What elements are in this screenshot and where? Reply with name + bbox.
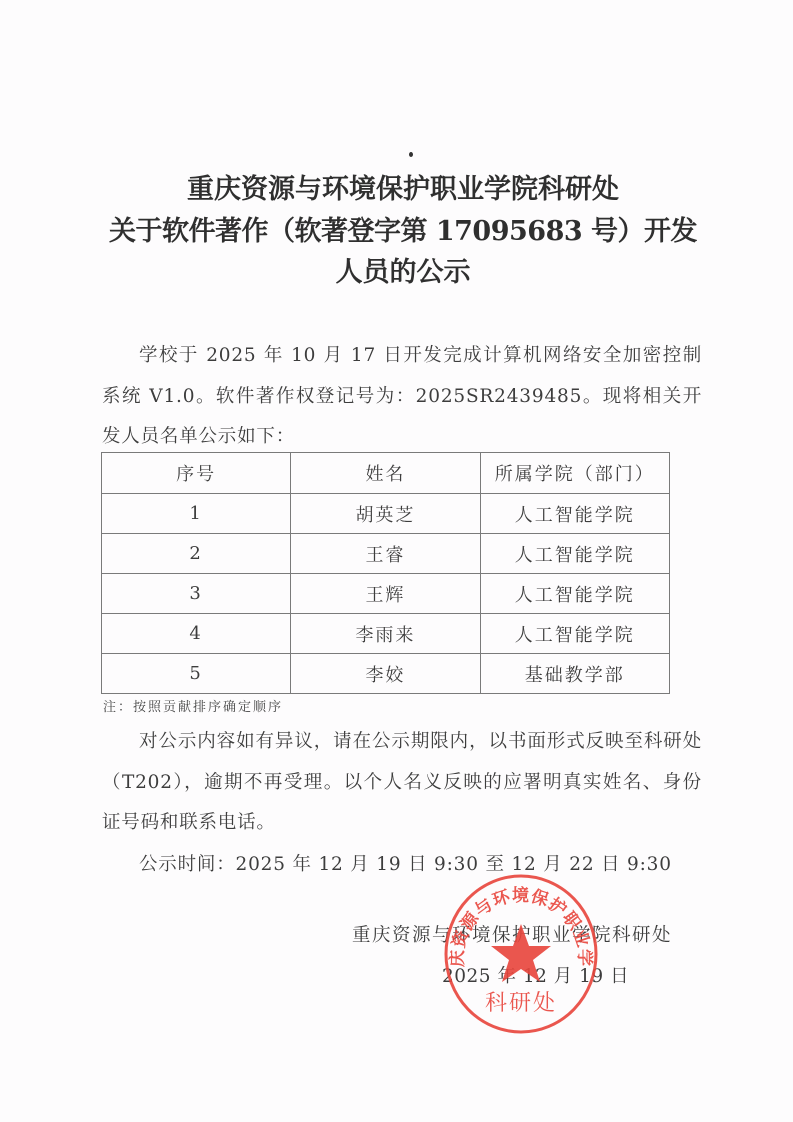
cell-dept: 人工智能学院	[480, 614, 669, 654]
intro-paragraph: 学校于 2025 年 10 月 17 日开发完成计算机网络安全加密控制系统 V1…	[102, 336, 702, 458]
table-note: 注：按照贡献排序确定顺序	[103, 696, 283, 715]
cell-name: 胡英芝	[291, 494, 480, 534]
cell-name: 王睿	[291, 534, 480, 574]
table-row: 1 胡英芝 人工智能学院	[102, 494, 670, 534]
table-row: 2 王睿 人工智能学院	[102, 534, 670, 574]
cell-dept: 人工智能学院	[480, 534, 669, 574]
cell-no: 4	[102, 614, 291, 654]
header-dept: 所属学院（部门）	[480, 453, 669, 494]
cell-name: 李雨来	[291, 614, 480, 654]
signature-org: 重庆资源与环境保护职业学院科研处	[352, 921, 672, 947]
seal-center-text: 科研处	[485, 991, 557, 1016]
cell-no: 2	[102, 534, 291, 574]
title-line-2: 关于软件著作（软著登字第 17095683 号）开发	[60, 212, 746, 252]
header-no: 序号	[102, 453, 291, 494]
table-row: 4 李雨来 人工智能学院	[102, 614, 670, 654]
title-line-3: 人员的公示	[60, 253, 746, 293]
table-row: 5 李姣 基础教学部	[102, 654, 670, 694]
scan-speck	[409, 152, 413, 157]
cell-no: 3	[102, 574, 291, 614]
header-name: 姓名	[291, 453, 480, 494]
developer-table: 序号 姓名 所属学院（部门） 1 胡英芝 人工智能学院 2 王睿 人工智能学院 …	[101, 452, 670, 694]
cell-name: 王辉	[291, 574, 480, 614]
cell-name: 李姣	[291, 654, 480, 694]
cell-dept: 人工智能学院	[480, 494, 669, 534]
cell-no: 1	[102, 494, 291, 534]
cell-no: 5	[102, 654, 291, 694]
official-seal: 重庆资源与环境保护职业学院 科研处	[443, 874, 599, 1034]
table-header-row: 序号 姓名 所属学院（部门）	[102, 453, 670, 494]
cell-dept: 基础教学部	[480, 654, 669, 694]
objection-paragraph: 对公示内容如有异议，请在公示期限内，以书面形式反映至科研处（T202），逾期不再…	[102, 722, 702, 844]
signature-date: 2025 年 12 月 19 日	[442, 962, 629, 988]
title-line-1: 重庆资源与环境保护职业学院科研处	[60, 170, 746, 210]
table-row: 3 王辉 人工智能学院	[102, 574, 670, 614]
cell-dept: 人工智能学院	[480, 574, 669, 614]
period-paragraph: 公示时间：2025 年 12 月 19 日 9:30 至 12 月 22 日 9…	[102, 845, 702, 886]
